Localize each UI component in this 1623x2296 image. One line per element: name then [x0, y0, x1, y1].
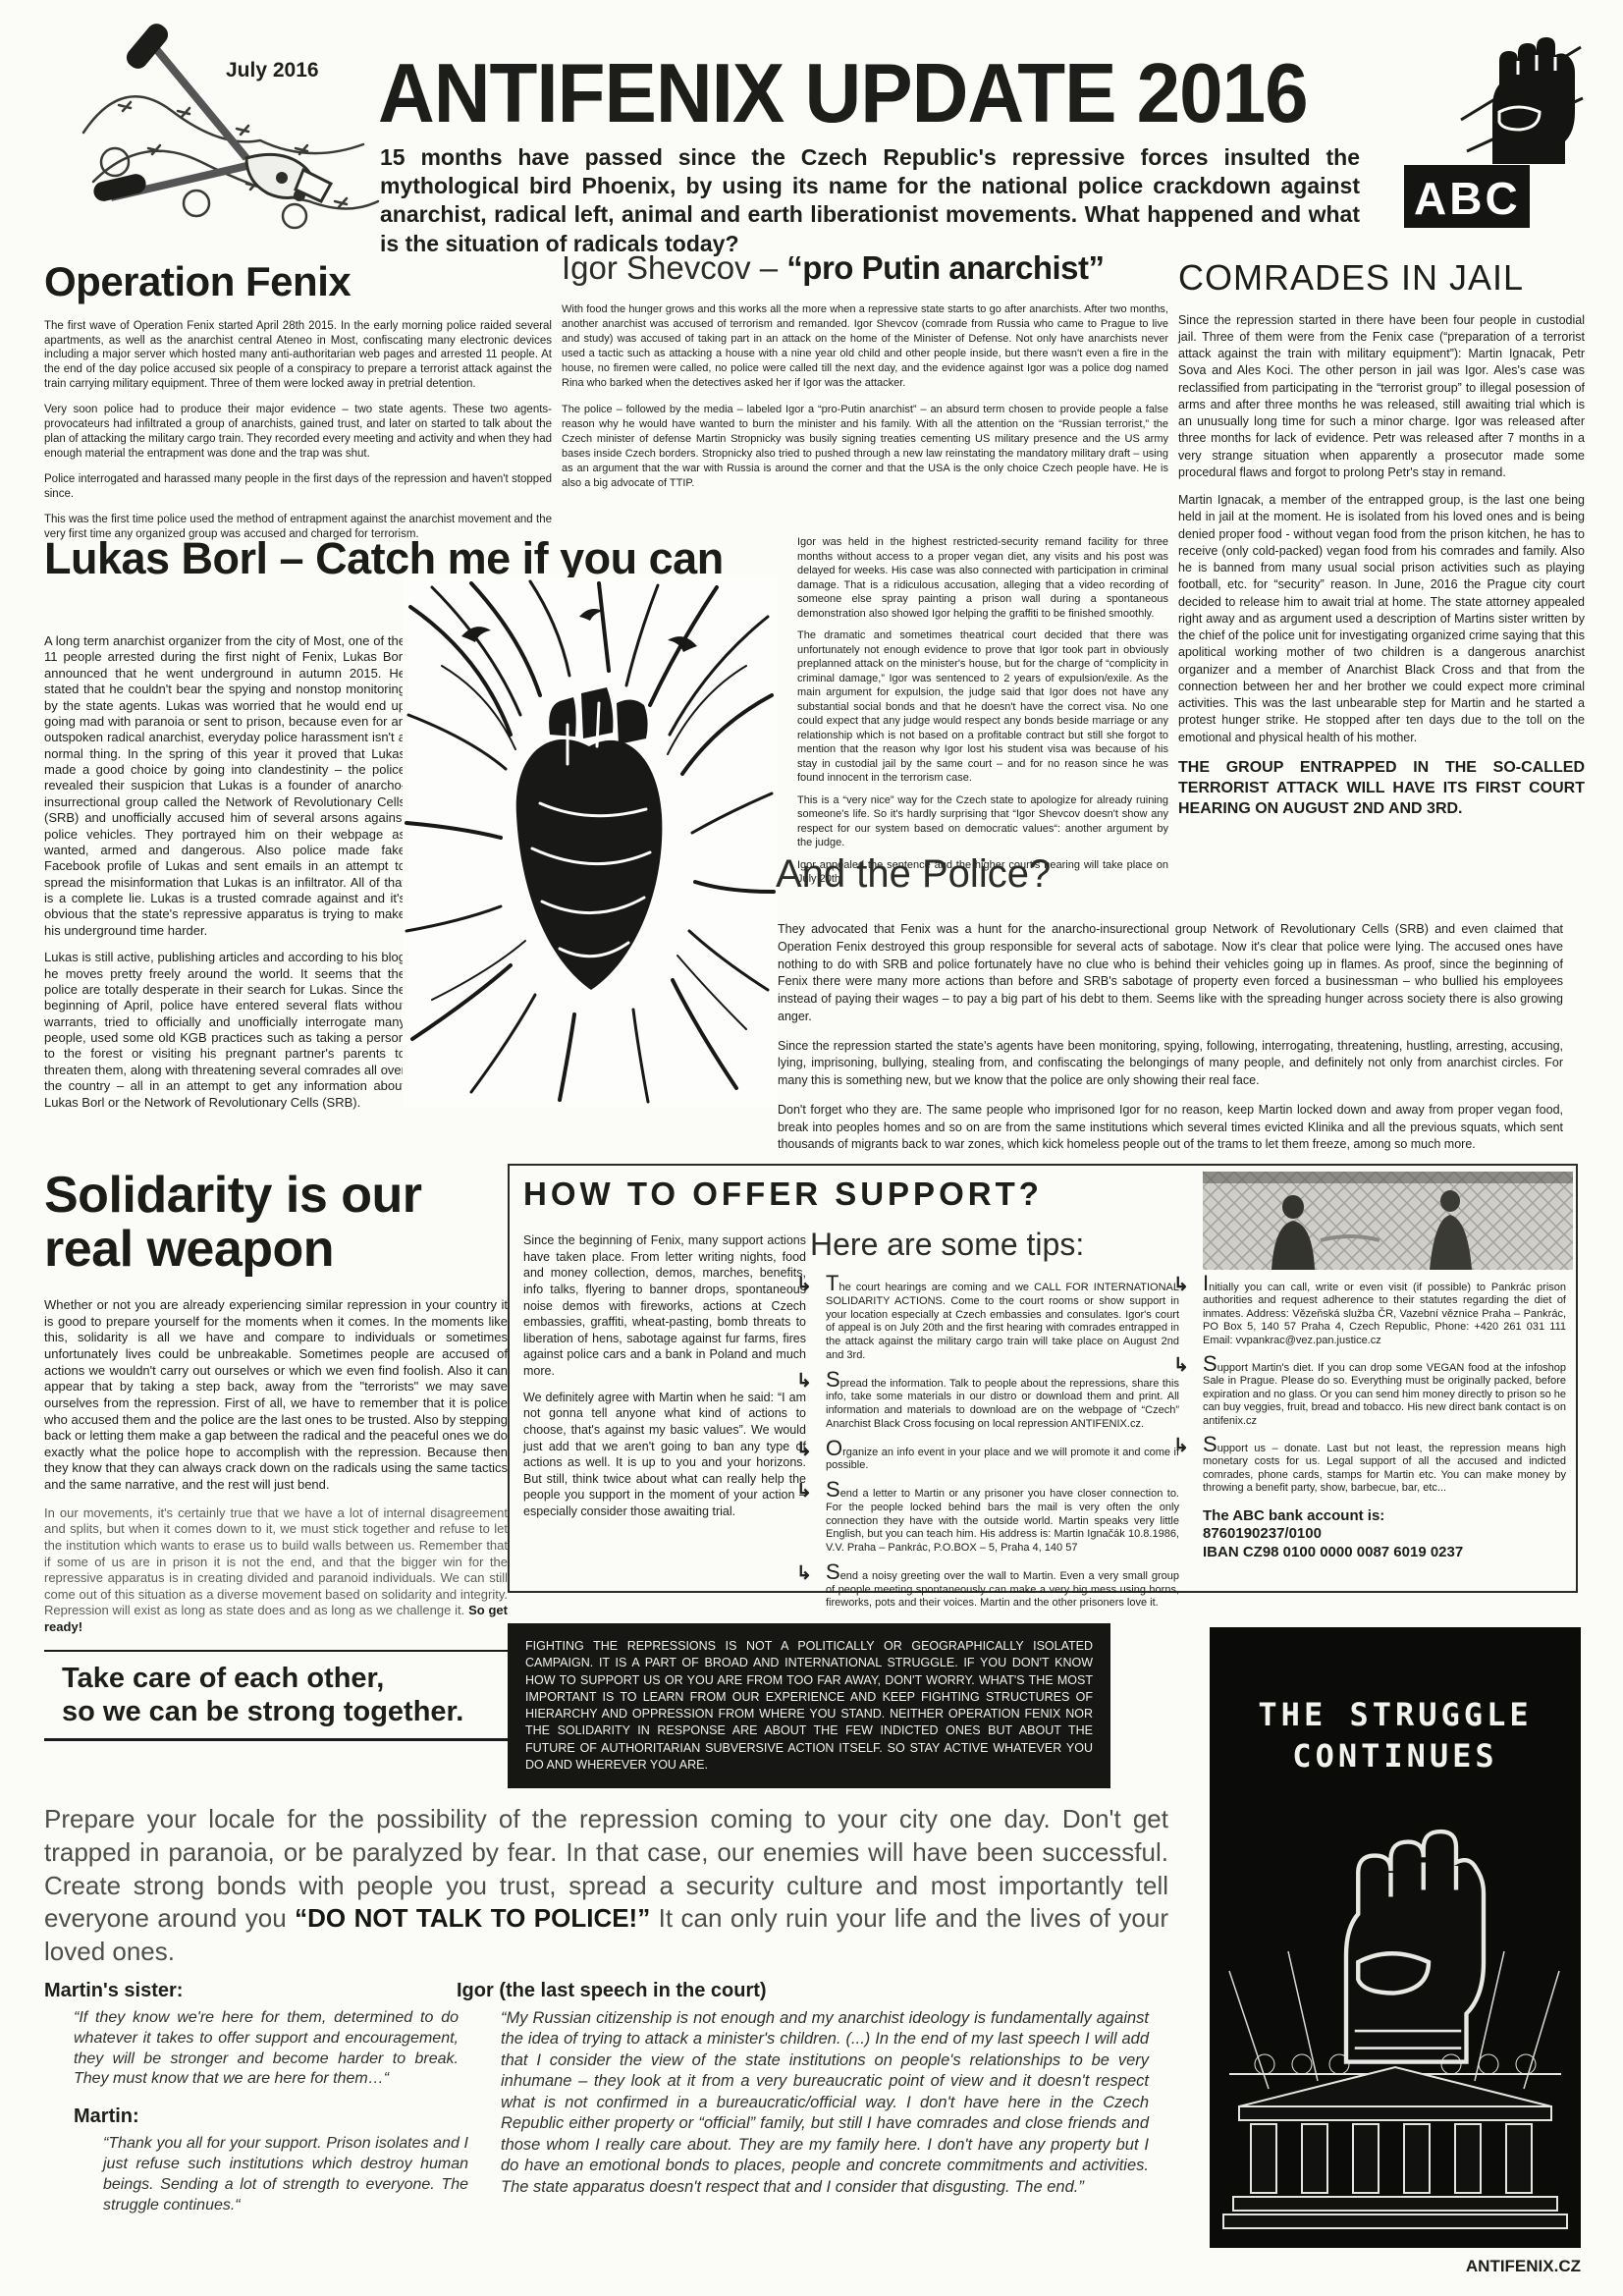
- solidarity-title-line1: Solidarity is our: [44, 1169, 508, 1223]
- igor-title: Igor Shevcov – “pro Putin anarchist”: [562, 246, 1168, 291]
- martin-quote: “Thank you all for your support. Prison …: [103, 2134, 468, 2215]
- tip-item: ↳The court hearings are coming and we CA…: [796, 1276, 1179, 1363]
- tip-arrow-icon: ↳: [1173, 1274, 1189, 1296]
- sister-quote: “If they know we're here for them, deter…: [74, 2008, 459, 2090]
- paragraph: Lukas is still active, publishing articl…: [44, 950, 406, 1111]
- quotes-left-column: Martin's sister: “If they know we're her…: [44, 1980, 471, 2215]
- bank-account-info: The ABC bank account is: 8760190237/0100…: [1173, 1507, 1566, 1562]
- solidarity-p2-text: In our movements, it's certainly true th…: [44, 1505, 508, 1618]
- tip-text: Support us – donate. Last but not least,…: [1203, 1437, 1566, 1496]
- tip-text: Support Martin's diet. If you can drop s…: [1203, 1356, 1566, 1428]
- tip-text: Send a noisy greeting over the wall to M…: [826, 1564, 1179, 1611]
- tip-arrow-icon: ↳: [1173, 1435, 1189, 1457]
- article-igor-shevcov-continued: Igor was held in the highest restricted-…: [797, 535, 1168, 895]
- tip-item: ↳Organize an info event in your place an…: [796, 1441, 1179, 1474]
- court-hearing-notice: THE GROUP ENTRAPPED IN THE SO-CALLED TER…: [1178, 758, 1585, 819]
- take-care-line1: Take care of each other,: [62, 1662, 508, 1695]
- paragraph: This is a “very nice” way for the Czech …: [797, 793, 1168, 850]
- paragraph: Police interrogated and harassed many pe…: [44, 472, 552, 502]
- tip-item: ↳Support Martin's diet. If you can drop …: [1173, 1356, 1566, 1428]
- article-igor-shevcov: Igor Shevcov – “pro Putin anarchist” Wit…: [562, 246, 1168, 503]
- igor-title-light: Igor Shevcov –: [562, 249, 786, 286]
- tip-text: Spread the information. Talk to people a…: [826, 1372, 1179, 1432]
- article-operation-fenix: Operation Fenix The first wave of Operat…: [44, 255, 552, 553]
- tip-arrow-icon: ↳: [796, 1480, 812, 1503]
- tip-arrow-icon: ↳: [796, 1562, 812, 1585]
- tip-text: Send a letter to Martin or any prisoner …: [826, 1482, 1179, 1556]
- operation-fenix-title: Operation Fenix: [44, 255, 552, 309]
- paragraph: In our movements, it's certainly true th…: [44, 1505, 508, 1636]
- website-footer: ANTIFENIX.CZ: [1365, 2257, 1581, 2276]
- divider: [44, 1738, 508, 1741]
- tip-item: ↳Spread the information. Talk to people …: [796, 1372, 1179, 1432]
- tip-arrow-icon: ↳: [1173, 1354, 1189, 1377]
- support-intro: Since the beginning of Fenix, many suppo…: [523, 1232, 806, 1530]
- paragraph: A long term anarchist organizer from the…: [44, 633, 406, 939]
- solidarity-title-line2: real weapon: [44, 1223, 508, 1277]
- struggle-fist-illustration: [1346, 1831, 1484, 2062]
- heart-woodcut-illustration: [403, 577, 778, 1108]
- newspaper-page: July 2016 ANTIFENIX UPDATE 2016 15 month…: [0, 0, 1623, 2296]
- igor-speech-quote: “My Russian citizenship is not enough an…: [501, 2008, 1149, 2198]
- igor-speech-label: Igor (the last speech in the court): [457, 1980, 1156, 2002]
- abc-logo-letters: ABC: [1414, 173, 1521, 224]
- paragraph: They advocated that Fenix was a hunt for…: [778, 921, 1563, 1026]
- tip-item: ↳Send a letter to Martin or any prisoner…: [796, 1482, 1179, 1556]
- bank-line1: The ABC bank account is:: [1203, 1507, 1566, 1526]
- paragraph: The first wave of Operation Fenix starte…: [44, 319, 552, 393]
- quotes-right-column: Igor (the last speech in the court) “My …: [457, 1980, 1156, 2198]
- paragraph: With food the hunger grows and this work…: [562, 302, 1168, 392]
- struggle-continues-poster: THE STRUGGLE CONTINUES: [1210, 1627, 1581, 2248]
- tip-item: ↳Send a noisy greeting over the wall to …: [796, 1564, 1179, 1611]
- page-title: ANTIFENIX UPDATE 2016: [378, 45, 1308, 141]
- fighting-repressions-box: FIGHTING THE REPRESSIONS IS NOT A POLITI…: [508, 1623, 1110, 1788]
- prepare-locale-text: Prepare your locale for the possibility …: [44, 1803, 1168, 1969]
- solidarity-title: Solidarity is our real weapon: [44, 1169, 508, 1276]
- tip-item: ↳Initially you can call, write or even v…: [1173, 1276, 1566, 1347]
- support-photo: [1203, 1172, 1573, 1270]
- paragraph: We definitely agree with Martin when he …: [523, 1390, 806, 1520]
- bolt-cutters-illustration: [54, 15, 398, 255]
- tip-text: Organize an info event in your place and…: [826, 1441, 1179, 1474]
- take-care-banner: Take care of each other, so we can be st…: [44, 1652, 508, 1738]
- sister-label: Martin's sister:: [44, 1980, 471, 2002]
- paragraph: Since the repression started the state's…: [778, 1038, 1563, 1090]
- paragraph: Since the repression started in there ha…: [1178, 312, 1585, 482]
- tips-column-left: ↳The court hearings are coming and we CA…: [796, 1276, 1179, 1619]
- tip-text: Initially you can call, write or even vi…: [1203, 1276, 1566, 1347]
- igor-title-bold: “pro Putin anarchist”: [786, 249, 1104, 286]
- comrades-title: COMRADES IN JAIL: [1178, 253, 1585, 302]
- bank-account-number: 8760190237/0100: [1203, 1525, 1566, 1544]
- support-title: HOW TO OFFER SUPPORT?: [523, 1175, 1043, 1213]
- struggle-line1-glyphs: THE STRUGGLE: [1258, 1696, 1532, 1733]
- article-lukas-borl: A long term anarchist organizer from the…: [44, 633, 406, 1121]
- paragraph: Since the beginning of Fenix, many suppo…: [523, 1232, 806, 1380]
- struggle-line2-glyphs: CONTINUES: [1292, 1737, 1497, 1775]
- paragraph: Very soon police had to produce their ma…: [44, 403, 552, 462]
- tip-text: The court hearings are coming and we CAL…: [826, 1276, 1179, 1363]
- paragraph: Igor was held in the highest restricted-…: [797, 535, 1168, 621]
- tip-arrow-icon: ↳: [796, 1370, 812, 1393]
- masthead-intro: 15 months have passed since the Czech Re…: [380, 143, 1360, 258]
- article-and-the-police: They advocated that Fenix was a hunt for…: [778, 921, 1563, 1166]
- paragraph: Don't forget who they are. The same peop…: [778, 1102, 1563, 1154]
- issue-date: July 2016: [226, 59, 319, 82]
- paragraph: The police – followed by the media – lab…: [562, 403, 1168, 492]
- paragraph: The dramatic and sometimes theatrical co…: [797, 629, 1168, 786]
- tips-title: Here are some tips:: [810, 1227, 1084, 1263]
- tip-arrow-icon: ↳: [796, 1274, 812, 1296]
- bank-iban: IBAN CZ98 0100 0000 0087 6019 0237: [1203, 1544, 1566, 1562]
- paragraph: Martin Ignacak, a member of the entrappe…: [1178, 492, 1585, 746]
- police-title: And the Police?: [776, 852, 1051, 897]
- martin-label: Martin:: [74, 2105, 471, 2128]
- article-solidarity: Solidarity is our real weapon Whether or…: [44, 1169, 508, 1741]
- abc-fist-logo: ABC ABC: [1402, 22, 1585, 230]
- paragraph: Whether or not you are already experienc…: [44, 1297, 508, 1494]
- article-comrades-in-jail: COMRADES IN JAIL Since the repression st…: [1178, 253, 1585, 819]
- tip-arrow-icon: ↳: [796, 1439, 812, 1461]
- tip-item: ↳Support us – donate. Last but not least…: [1173, 1437, 1566, 1496]
- do-not-talk-to-police: “DO NOT TALK TO POLICE!”: [295, 1903, 650, 1933]
- tips-column-right: ↳Initially you can call, write or even v…: [1173, 1276, 1566, 1562]
- take-care-line2: so we can be strong together.: [62, 1695, 508, 1728]
- support-section: HOW TO OFFER SUPPORT? Since the beginnin…: [508, 1164, 1578, 1593]
